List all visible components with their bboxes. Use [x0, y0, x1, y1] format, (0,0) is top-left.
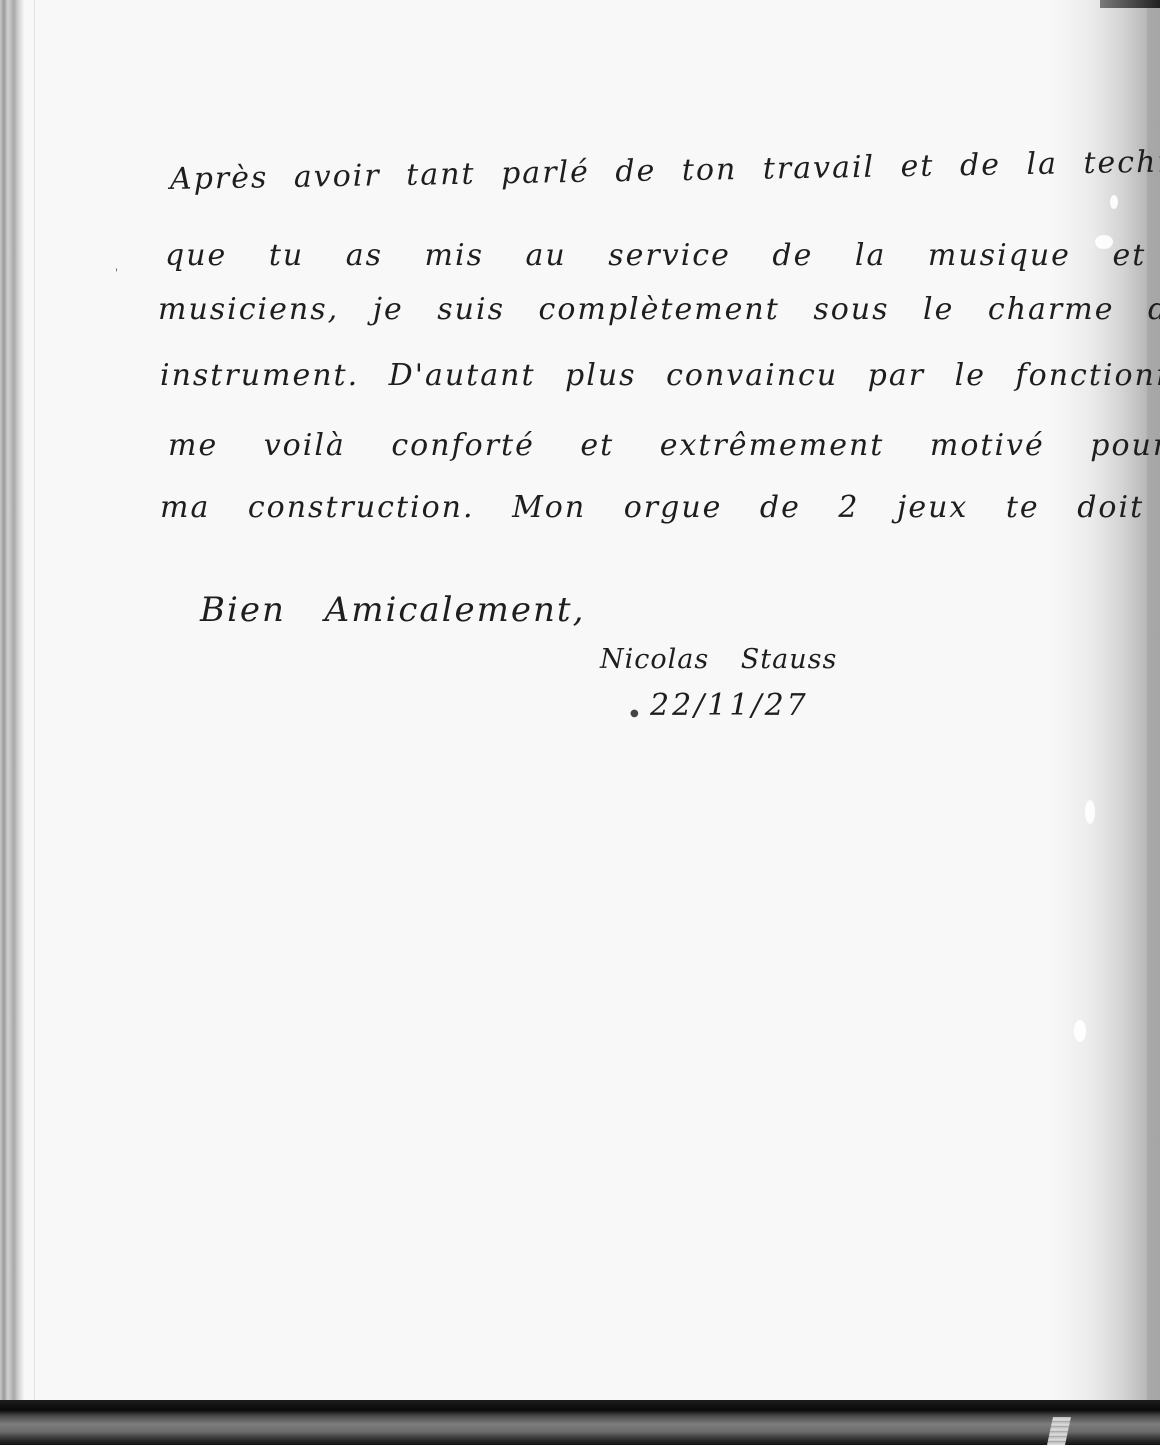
- handwritten-letter: Après avoir tant parlé de ton travail et…: [0, 0, 1160, 1400]
- ink-dot: ●: [630, 708, 639, 719]
- scanned-page: Après avoir tant parlé de ton travail et…: [0, 0, 1160, 1405]
- letter-signature: Nicolas Stauss: [600, 644, 837, 675]
- letter-date: 22/11/27: [650, 688, 809, 723]
- book-bottom-edge: [0, 1400, 1160, 1445]
- letter-line-2: que tu as mis au service de la musique e…: [165, 238, 1160, 273]
- letter-line-4: instrument. D'autant plus convaincu par …: [160, 358, 1160, 393]
- letter-line-5: me voilà conforté et extrêmement motivé …: [168, 428, 1160, 463]
- letter-line-3: musiciens, je suis complètement sous le …: [158, 292, 1160, 327]
- letter-line-1: Après avoir tant parlé de ton travail et…: [170, 143, 1160, 197]
- letter-closing: Bien Amicalement,: [200, 590, 585, 630]
- letter-line-6: ma construction. Mon orgue de 2 jeux te …: [160, 490, 1160, 525]
- ink-dot: ': [115, 268, 118, 279]
